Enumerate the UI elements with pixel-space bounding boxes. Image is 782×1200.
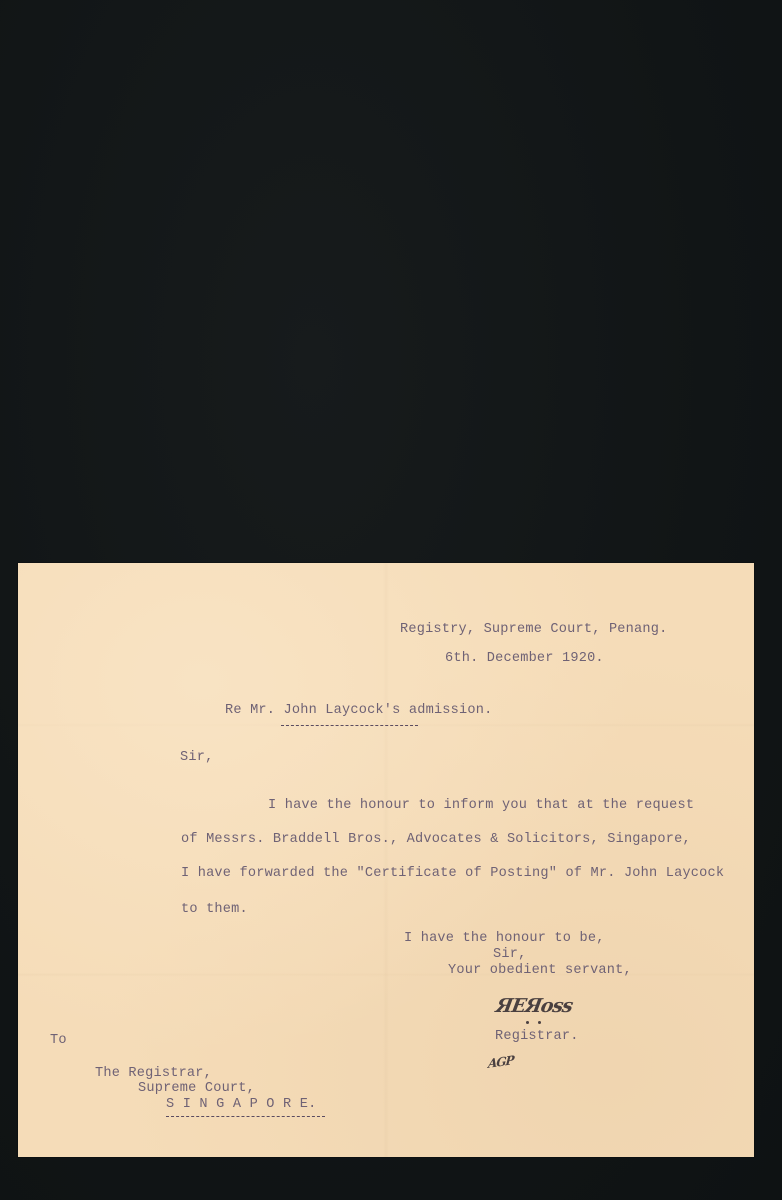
initials: AGP [488, 1053, 514, 1071]
body-line-2: of Messrs. Braddell Bros., Advocates & S… [181, 833, 691, 847]
letter-sheet: Registry, Supreme Court, Penang. 6th. De… [18, 563, 754, 1157]
registrar-signature: ЯЕЯоss [494, 995, 574, 1017]
signature-dot [526, 1021, 529, 1024]
body-line-3: I have forwarded the "Certificate of Pos… [181, 867, 724, 881]
salutation: Sir, [180, 751, 213, 765]
body-line-4: to them. [181, 903, 248, 917]
recipient-line-2: Supreme Court, [138, 1082, 255, 1096]
body-line-1: I have the honour to inform you that at … [268, 799, 694, 813]
letter-subject: Re Mr. John Laycock's admission. [225, 704, 492, 718]
signature-dot [538, 1021, 541, 1024]
to-label: To [50, 1034, 67, 1048]
closing-line-3: Your obedient servant, [448, 964, 632, 978]
sender-address: Registry, Supreme Court, Penang. [400, 623, 667, 637]
closing-line-1: I have the honour to be, [404, 932, 605, 946]
signatory-title: Registrar. [495, 1030, 579, 1044]
letter-date: 6th. December 1920. [445, 652, 604, 666]
recipient-line-3: S I N G A P O R E. [166, 1098, 316, 1112]
closing-line-2: Sir, [493, 948, 526, 962]
recipient-underline [166, 1116, 325, 1117]
recipient-line-1: The Registrar, [95, 1067, 212, 1081]
subject-underline [281, 725, 418, 726]
